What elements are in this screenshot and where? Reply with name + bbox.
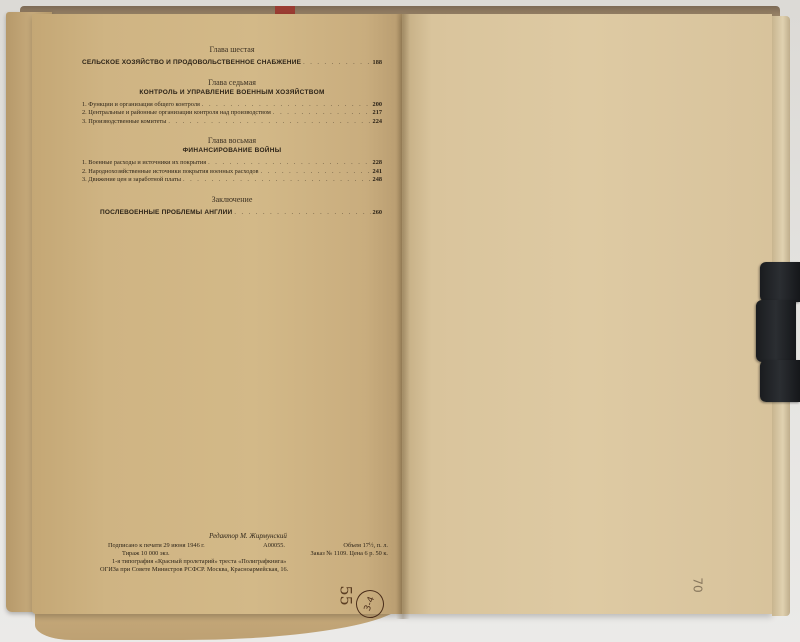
toc-entry: СЕЛЬСКОЕ ХОЗЯЙСТВО И ПРОДОВОЛЬСТВЕННОЕ С… [82,59,382,68]
leader-dots [183,176,371,185]
chapter-label: Глава седьмая [82,78,382,87]
order-price: Заказ № 1109. Цена 6 р. 50 к. [311,550,388,558]
entry-text: 3. Производственные комитеты [82,118,166,127]
toc-entry: 2. Народнохозяйственные источники покрыт… [82,168,382,177]
page-number: 188 [373,59,382,68]
signed-to-print: Подписано к печати 29 июня 1946 г. [108,542,205,550]
binder-clip-top [760,262,800,302]
handwritten-number: 55 [337,585,356,605]
page-number: 224 [373,118,382,127]
leader-dots [303,59,370,68]
table-of-contents: Глава шестая СЕЛЬСКОЕ ХОЗЯЙСТВО И ПРОДОВ… [82,45,382,227]
editor-line: Редактор М. Жирмунский [108,532,388,540]
imprint-line-4: ОГИЗа при Совете Министров РСФСР. Москва… [100,566,388,574]
leader-dots [234,209,370,218]
entry-text: 1. Военные расходы и источники их покрыт… [82,159,206,168]
toc-chapter-8: Глава восьмая ФИНАНСИРОВАНИЕ ВОЙНЫ 1. Во… [82,136,382,185]
toc-entry: 1. Функции и организация общего контроля… [82,101,382,110]
imprint-line-1: Подписано к печати 29 июня 1946 г. А0005… [108,542,388,550]
page-number: 248 [373,176,382,185]
toc-entry: 3. Движение цен и заработной платы248 [82,176,382,185]
toc-conclusion: Заключение ПОСЛЕВОЕННЫЕ ПРОБЛЕМЫ АНГЛИИ … [82,195,382,218]
page-number: 217 [373,109,382,118]
entry-text: 1. Функции и организация общего контроля [82,101,200,110]
entry-text: 2. Народнохозяйственные источники покрыт… [82,168,259,177]
toc-entry: 1. Военные расходы и источники их покрыт… [82,159,382,168]
binder-clip-bottom [760,360,800,402]
chapter-label: Глава шестая [82,45,382,54]
entry-text: 3. Движение цен и заработной платы [82,176,181,185]
toc-chapter-6: Глава шестая СЕЛЬСКОЕ ХОЗЯЙСТВО И ПРОДОВ… [82,45,382,68]
leader-dots [273,109,371,118]
page-number: 200 [373,101,382,110]
license-code: А00055. [263,542,285,550]
colophon: Редактор М. Жирмунский Подписано к печат… [108,532,388,574]
leader-dots [208,159,370,168]
page-number: 228 [373,159,382,168]
binder-clip-middle [756,300,796,362]
toc-entry: 2. Центральные и районные организации ко… [82,109,382,118]
entry-text: 2. Центральные и районные организации ко… [82,109,271,118]
chapter-title: ФИНАНСИРОВАНИЕ ВОЙНЫ [82,147,382,154]
page-number: 260 [373,209,382,218]
spine-gutter [396,14,410,619]
print-run: Тираж 10 000 экз. [122,550,170,558]
chapter-title: ПОСЛЕВОЕННЫЕ ПРОБЛЕМЫ АНГЛИИ [100,209,232,218]
toc-entry: ПОСЛЕВОЕННЫЕ ПРОБЛЕМЫ АНГЛИИ 260 [82,209,382,218]
page-number: 241 [373,168,382,177]
volume: Объем 17½, п. л. [343,542,388,550]
imprint-line-2: Тираж 10 000 экз. Заказ № 1109. Цена 6 р… [108,550,388,558]
toc-chapter-7: Глава седьмая КОНТРОЛЬ И УПРАВЛЕНИЕ ВОЕН… [82,78,382,127]
chapter-title: СЕЛЬСКОЕ ХОЗЯЙСТВО И ПРОДОВОЛЬСТВЕННОЕ С… [82,59,301,68]
leader-dots [202,101,371,110]
pencil-page-number: 70 [691,577,705,592]
leader-dots [168,118,370,127]
right-page-blank [402,14,772,614]
imprint-line-3: 1-я типография «Красный пролетарий» трес… [108,558,388,566]
toc-entry: 3. Производственные комитеты224 [82,118,382,127]
leader-dots [261,168,371,177]
chapter-label: Заключение [82,195,382,204]
chapter-label: Глава восьмая [82,136,382,145]
chapter-title: КОНТРОЛЬ И УПРАВЛЕНИЕ ВОЕННЫМ ХОЗЯЙСТВОМ [82,89,382,96]
